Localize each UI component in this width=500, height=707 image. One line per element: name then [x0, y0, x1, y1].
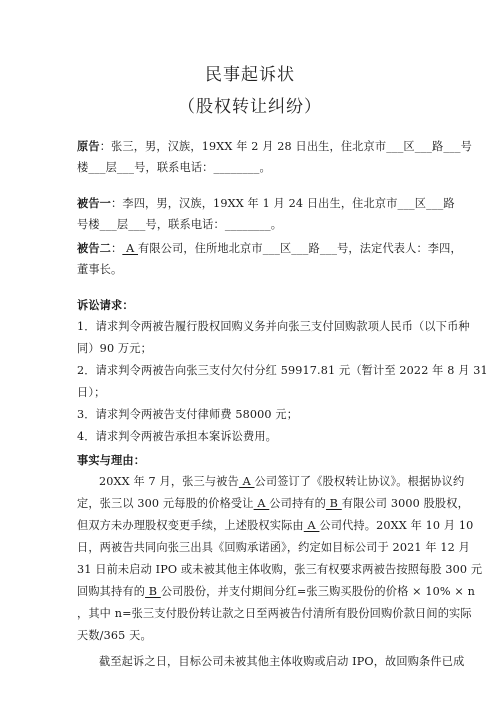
facts-line: 20XX 年 7 月，张三与被告 A 公司签订了《股权转让协议》。根据协议约: [77, 475, 432, 489]
claim-line: 同）90 万元；: [77, 342, 432, 356]
defendant2-line-1: 被告二： A 有限公司，住所地北京市___区___路___号，法定代表人：李四，: [77, 241, 432, 256]
facts-line: 31 日前未启动 IPO 或未被其他主体收购，张三有权要求两被告按照每股 300…: [77, 563, 432, 577]
claim-line: 2．请求判令两被告向张三支付欠付分红 59917.81 元（暂计至 2022 年…: [77, 364, 432, 378]
facts-line: 但双方未办理股权变更手续，上述股权实际由 A 公司代持。20XX 年 10 月 …: [77, 519, 432, 533]
defendant1-line-2: 号楼___层___号，联系电话：________。: [77, 218, 432, 232]
claim-line: 1．请求判令两被告履行股权回购义务并向张三支付回购款项人民币（以下币种: [77, 320, 432, 334]
defendant2-line-2: 董事长。: [77, 263, 432, 277]
document-subtitle: （股权转让纠纷）: [0, 92, 500, 117]
plaintiff-line-2: 楼___层___号，联系电话：________。: [77, 161, 432, 175]
plaintiff-label: 原告: [77, 139, 100, 153]
document-page: 民事起诉状 （股权转让纠纷） 原告：张三，男，汉族，19XX 年 2 月 28 …: [0, 0, 500, 707]
defendant1-label: 被告一: [77, 196, 111, 210]
claim-line: 3．请求判令两被告支付律师费 58000 元；: [77, 408, 432, 422]
claim-line: 4．请求判令两被告承担本案诉讼费用。: [77, 430, 432, 444]
facts-line: 截至起诉之日，目标公司未被其他主体收购或启动 IPO，故回购条件已成: [77, 655, 432, 669]
claims-heading: 诉讼请求：: [77, 298, 432, 313]
facts-line: ，其中 n=张三支付股份转让款之日至两被告付清所有股份回购价款日间的实际: [77, 607, 432, 621]
facts-line: 定，张三以 300 元每股的价格受让 A 公司持有的 B 有限公司 3000 股…: [77, 497, 432, 511]
defendant2-label: 被告二: [77, 241, 111, 255]
claim-line: 日）；: [77, 386, 432, 400]
document-title: 民事起诉状: [0, 60, 500, 85]
defendant1-line-1: 被告一：李四，男，汉族，19XX 年 1 月 24 日出生，住北京市___区__…: [77, 196, 432, 211]
company-a-blank: A: [122, 242, 138, 255]
facts-line: 天数/365 天。: [77, 629, 432, 643]
facts-line: 回购其持有的 B 公司股份，并支付期间分红=张三购买股份的价格 × 10% × …: [77, 585, 432, 599]
facts-line: 日，两被告共同向张三出具《回购承诺函》，约定如目标公司于 2021 年 12 月: [77, 541, 432, 555]
facts-heading: 事实与理由：: [77, 453, 432, 468]
plaintiff-line-1: 原告：张三，男，汉族，19XX 年 2 月 28 日出生，住北京市___区___…: [77, 139, 432, 154]
